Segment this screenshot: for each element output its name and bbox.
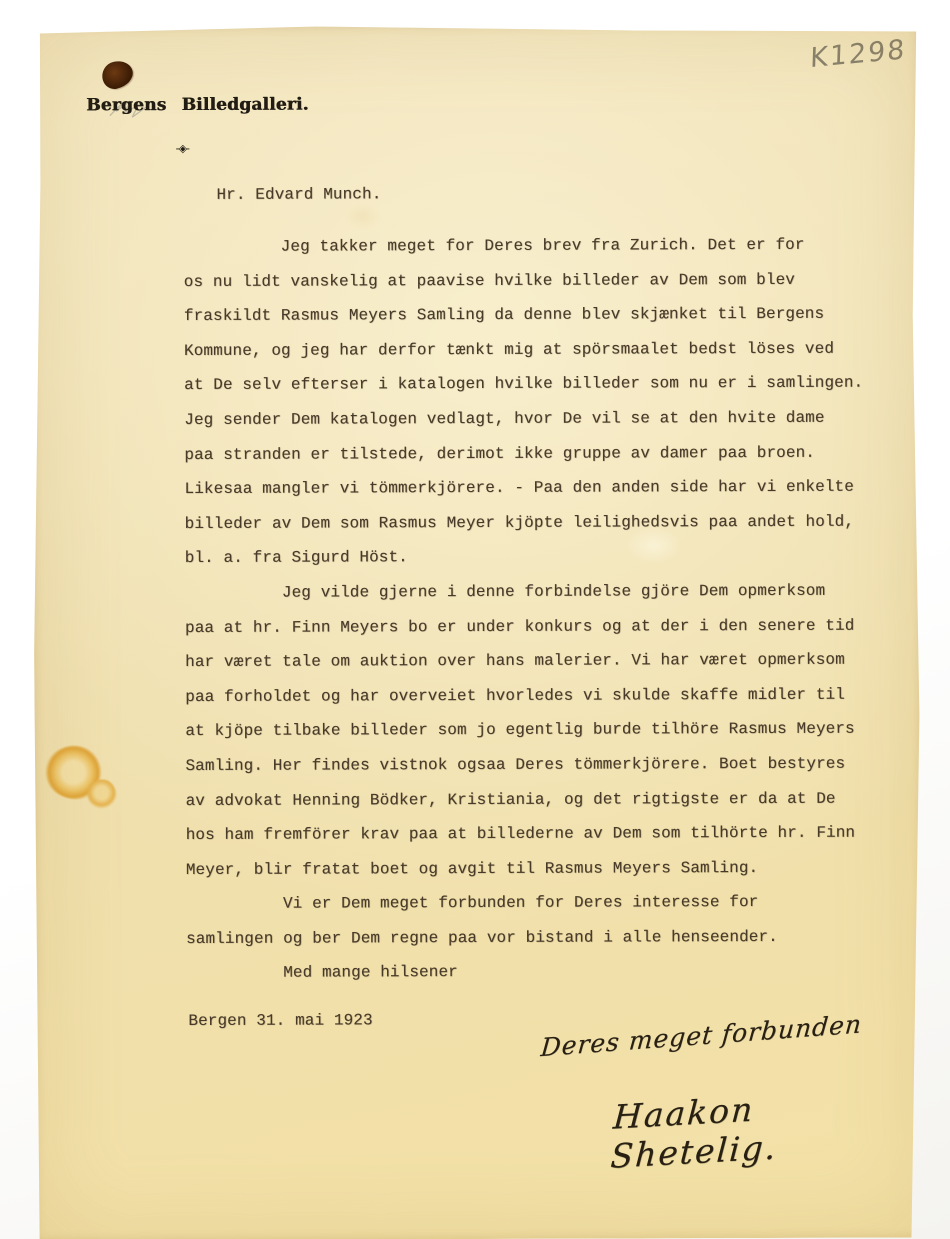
letter-page: Bergens Billedgalleri. -◈- K1298 Hr. Edv… bbox=[32, 24, 922, 1239]
ink-blot bbox=[100, 58, 136, 91]
signature-name: Haakon Shetelig. bbox=[609, 1080, 924, 1176]
letterhead-title: Bergens Billedgalleri. bbox=[86, 95, 309, 116]
dateline: Bergen 31. mai 1923 bbox=[188, 1003, 372, 1038]
letter-body: Jeg takker meget for Deres brev fra Zuri… bbox=[184, 228, 866, 991]
salutation: Hr. Edvard Munch. bbox=[216, 177, 381, 212]
signature-valediction: Deres meget forbunden bbox=[540, 1009, 864, 1062]
catalog-number-annotation: K1298 bbox=[810, 34, 907, 74]
letterhead-ornament-icon: -◈- bbox=[152, 142, 212, 155]
paper-stain-small bbox=[87, 779, 117, 809]
